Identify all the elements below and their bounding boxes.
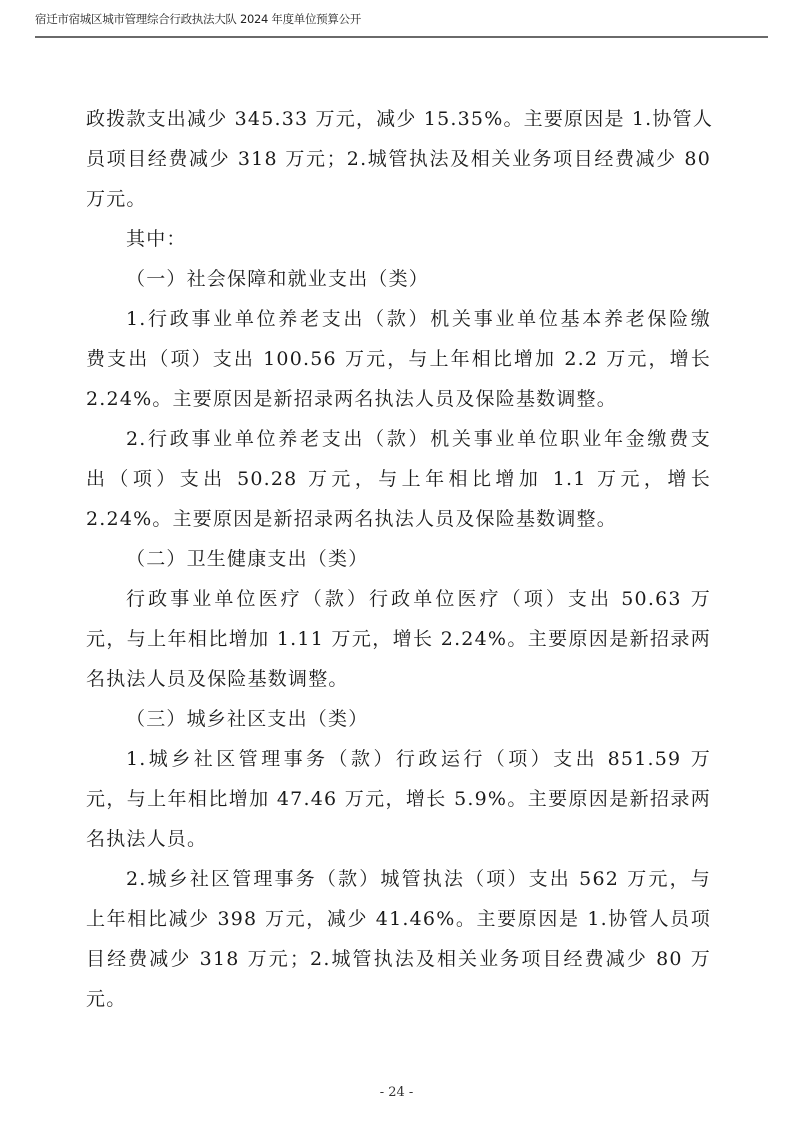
text-line: 行政事业单位医疗（款）行政单位医疗（项）支出 50.63 万 xyxy=(126,586,711,612)
text-line: 1.行政事业单位养老支出（款）机关事业单位基本养老保险缴 xyxy=(126,306,711,332)
text-line: 2.24%。主要原因是新招录两名执法人员及保险基数调整。 xyxy=(86,506,711,532)
text-line: 2.24%。主要原因是新招录两名执法人员及保险基数调整。 xyxy=(86,386,711,412)
section-intro: 其中： xyxy=(126,226,711,252)
text-line: 2.城乡社区管理事务（款）城管执法（项）支出 562 万元，与 xyxy=(126,866,711,892)
text-line: 2.行政事业单位养老支出（款）机关事业单位职业年金缴费支 xyxy=(126,426,711,452)
section-heading-social-security: （一）社会保障和就业支出（类） xyxy=(126,266,711,292)
text-line: 目经费减少 318 万元；2.城管执法及相关业务项目经费减少 80 万 xyxy=(86,946,711,972)
text-line: 费支出（项）支出 100.56 万元，与上年相比增加 2.2 万元，增长 xyxy=(86,346,711,372)
text-line: 名执法人员。 xyxy=(86,826,711,852)
header-divider xyxy=(35,36,768,38)
page-header: 宿迁市宿城区城市管理综合行政执法大队 2024 年度单位预算公开 xyxy=(35,6,768,28)
section-heading-health: （二）卫生健康支出（类） xyxy=(126,546,711,572)
text-line: 上年相比减少 398 万元，减少 41.46%。主要原因是 1.协管人员项 xyxy=(86,906,711,932)
text-line: 元，与上年相比增加 47.46 万元，增长 5.9%。主要原因是新招录两 xyxy=(86,786,711,812)
text-line: 出（项）支出 50.28 万元，与上年相比增加 1.1 万元，增长 xyxy=(86,466,711,492)
section-heading-urban-rural: （三）城乡社区支出（类） xyxy=(126,706,711,732)
text-line: 政拨款支出减少 345.33 万元，减少 15.35%。主要原因是 1.协管人 xyxy=(86,106,711,132)
text-line: 元，与上年相比增加 1.11 万元，增长 2.24%。主要原因是新招录两 xyxy=(86,626,711,652)
text-line: 元。 xyxy=(86,986,711,1012)
header-title: 宿迁市宿城区城市管理综合行政执法大队 2024 年度单位预算公开 xyxy=(35,11,361,27)
page-number: - 24 - xyxy=(0,1085,793,1100)
text-line: 名执法人员及保险基数调整。 xyxy=(86,666,711,692)
text-line: 1.城乡社区管理事务（款）行政运行（项）支出 851.59 万 xyxy=(126,746,711,772)
text-line: 员项目经费减少 318 万元；2.城管执法及相关业务项目经费减少 80 xyxy=(86,146,711,172)
text-line: 万元。 xyxy=(86,186,711,212)
